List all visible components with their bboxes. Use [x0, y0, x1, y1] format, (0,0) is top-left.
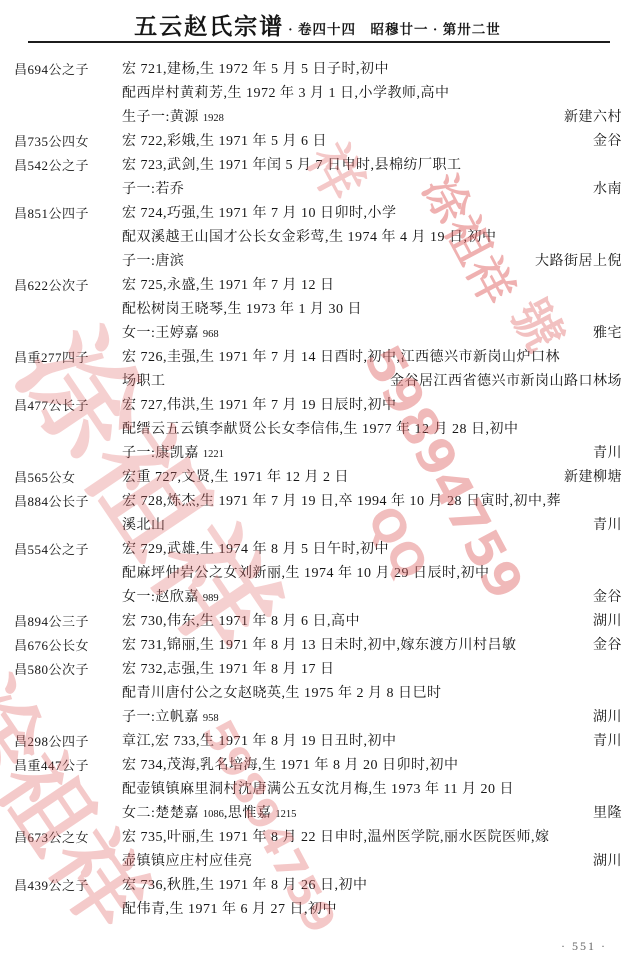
entry-lines: 宏 725,永盛,生 1971 年 7 月 12 日配松树岗王晓琴,生 1973… — [122, 274, 622, 346]
entry-line: 宏 736,秋胜,生 1971 年 8 月 26 日,初中 — [122, 874, 622, 898]
entry-text: 子一:康凯嘉 1221 — [122, 442, 585, 466]
entry-parent-label: 昌580公次子 — [14, 658, 122, 682]
residence-label: 大路街居上倪 — [535, 250, 622, 274]
genealogy-entry: 昌673公之女宏 735,叶丽,生 1971 年 8 月 22 日申时,温州医学… — [14, 826, 622, 874]
text-segment: 配西岸村黄莉芳,生 1972 年 3 月 1 日,小学教师,高中 — [122, 86, 450, 101]
text-segment: 宏 734,茂海,乳名培海,生 1971 年 8 月 20 日卯时,初中 — [122, 758, 459, 773]
text-segment: 子一:立帆嘉 — [122, 710, 203, 725]
page-header: 五云赵氏宗谱· 卷四十四 昭穆廿一 · 第卅二世 — [0, 8, 635, 41]
book-title: 五云赵氏宗谱 — [134, 14, 284, 39]
entry-text: 子一:若乔 — [122, 178, 585, 202]
entry-parent-label: 昌673公之女 — [14, 826, 122, 850]
genealogy-entry: 昌851公四子宏 724,巧强,生 1971 年 7 月 10 日卯时,小学配双… — [14, 202, 622, 274]
genealogy-entry: 昌542公之子宏 723,武剑,生 1971 年闰 5 月 7 日申时,县棉纺厂… — [14, 154, 622, 202]
entry-lines: 宏 729,武雄,生 1974 年 8 月 5 日午时,初中配麻坪仲岩公之女刘新… — [122, 538, 622, 610]
entry-line: 配松树岗王晓琴,生 1973 年 1 月 30 日 — [122, 298, 622, 322]
residence-label: 里隆 — [593, 802, 622, 826]
text-segment: 宏重 727,文贤,生 1971 年 12 月 2 日 — [122, 470, 349, 485]
entry-line: 宏 731,锦丽,生 1971 年 8 月 13 日未时,初中,嫁东渡方川村吕敏… — [122, 634, 622, 658]
entry-line: 子一:若乔水南 — [122, 178, 622, 202]
entry-parent-label: 昌477公长子 — [14, 394, 122, 418]
entry-text: 宏 726,圭强,生 1971 年 7 月 14 日酉时,初中,江西德兴市新岗山… — [122, 346, 622, 370]
entry-text: 女二:楚楚嘉 1086,思惟嘉 1215 — [122, 802, 585, 826]
entry-text: 配伟青,生 1971 年 6 月 27 日,初中 — [122, 898, 622, 922]
entry-parent-label: 昌439公之子 — [14, 874, 122, 898]
text-segment: 子一:唐滨 — [122, 254, 184, 269]
entry-line: 宏 730,伟东,生 1971 年 8 月 6 日,高中湖川 — [122, 610, 622, 634]
entry-text: 配青川唐付公之女赵晓英,生 1975 年 2 月 8 日巳时 — [122, 682, 622, 706]
entry-text: 配壶镇镇麻里洞村沈唐满公五女沈月梅,生 1973 年 11 月 20 日 — [122, 778, 622, 802]
page-number: · 551 · — [561, 939, 607, 954]
genealogy-entry: 昌884公长子宏 728,炼杰,生 1971 年 7 月 19 日,卒 1994… — [14, 490, 622, 538]
entry-line: 宏 729,武雄,生 1974 年 8 月 5 日午时,初中 — [122, 538, 622, 562]
entry-text: 宏 725,永盛,生 1971 年 7 月 12 日 — [122, 274, 622, 298]
text-segment: 配青川唐付公之女赵晓英,生 1975 年 2 月 8 日巳时 — [122, 686, 442, 701]
text-segment: 溪北山 — [122, 518, 166, 533]
entry-text: 宏 728,炼杰,生 1971 年 7 月 19 日,卒 1994 年 10 月… — [122, 490, 622, 514]
entry-text: 配麻坪仲岩公之女刘新丽,生 1974 年 10 月 29 日辰时,初中 — [122, 562, 622, 586]
residence-label: 金谷 — [593, 634, 622, 658]
entry-text: 宏 724,巧强,生 1971 年 7 月 10 日卯时,小学 — [122, 202, 622, 226]
text-segment: 宏 723,武剑,生 1971 年闰 5 月 7 日申时,县棉纺厂职工 — [122, 158, 462, 173]
text-segment: 宏 730,伟东,生 1971 年 8 月 6 日,高中 — [122, 614, 360, 629]
entry-line: 配青川唐付公之女赵晓英,生 1975 年 2 月 8 日巳时 — [122, 682, 622, 706]
genealogy-page: 五云赵氏宗谱· 卷四十四 昭穆廿一 · 第卅二世 祥涂祖祥涂祖祥59894759… — [0, 0, 635, 968]
residence-label: 湖川 — [593, 610, 622, 634]
entries-list: 昌694公之子宏 721,建杨,生 1972 年 5 月 5 日子时,初中配西岸… — [14, 58, 622, 922]
residence-label: 湖川 — [593, 706, 622, 730]
generation-number: 1086 — [203, 809, 224, 820]
entry-text: 溪北山 — [122, 514, 585, 538]
entry-line: 宏 721,建杨,生 1972 年 5 月 5 日子时,初中 — [122, 58, 622, 82]
entry-parent-label: 昌851公四子 — [14, 202, 122, 226]
entry-lines: 宏 734,茂海,乳名培海,生 1971 年 8 月 20 日卯时,初中配壶镇镇… — [122, 754, 622, 826]
text-segment: 配麻坪仲岩公之女刘新丽,生 1974 年 10 月 29 日辰时,初中 — [122, 566, 490, 581]
entry-lines: 宏 735,叶丽,生 1971 年 8 月 22 日申时,温州医学院,丽水医院医… — [122, 826, 622, 874]
text-segment: 宏 721,建杨,生 1972 年 5 月 5 日子时,初中 — [122, 62, 389, 77]
entry-parent-label: 昌298公四子 — [14, 730, 122, 754]
entry-text: 壶镇镇应庄村应佳亮 — [122, 850, 585, 874]
entry-line: 宏 727,伟洪,生 1971 年 7 月 19 日辰时,初中 — [122, 394, 622, 418]
entry-line: 宏 728,炼杰,生 1971 年 7 月 19 日,卒 1994 年 10 月… — [122, 490, 622, 514]
genealogy-entry: 昌735公四女宏 722,彩娥,生 1971 年 5 月 6 日金谷 — [14, 130, 622, 154]
entry-parent-label: 昌554公之子 — [14, 538, 122, 562]
entry-lines: 宏 736,秋胜,生 1971 年 8 月 26 日,初中配伟青,生 1971 … — [122, 874, 622, 922]
residence-label: 金谷居江西省德兴市新岗山路口林场 — [390, 370, 622, 394]
text-segment: 宏 732,志强,生 1971 年 8 月 17 日 — [122, 662, 335, 677]
residence-label: 湖川 — [593, 850, 622, 874]
text-segment: 场职工 — [122, 374, 166, 389]
entry-text: 宏 735,叶丽,生 1971 年 8 月 22 日申时,温州医学院,丽水医院医… — [122, 826, 622, 850]
entry-text: 配双溪越王山国才公长女金彩莺,生 1974 年 4 月 19 日,初中 — [122, 226, 622, 250]
entry-parent-label: 昌884公长子 — [14, 490, 122, 514]
entry-text: 宏 729,武雄,生 1974 年 8 月 5 日午时,初中 — [122, 538, 622, 562]
entry-line: 配双溪越王山国才公长女金彩莺,生 1974 年 4 月 19 日,初中 — [122, 226, 622, 250]
entry-line: 子一:立帆嘉 958湖川 — [122, 706, 622, 730]
entry-text: 子一:立帆嘉 958 — [122, 706, 585, 730]
entry-lines: 宏 721,建杨,生 1972 年 5 月 5 日子时,初中配西岸村黄莉芳,生 … — [122, 58, 622, 130]
entry-text: 宏 721,建杨,生 1972 年 5 月 5 日子时,初中 — [122, 58, 622, 82]
entry-parent-label: 昌542公之子 — [14, 154, 122, 178]
volume-subtitle: · 卷四十四 昭穆廿一 · 第卅二世 — [288, 22, 501, 37]
entry-text: 宏 730,伟东,生 1971 年 8 月 6 日,高中 — [122, 610, 585, 634]
entry-parent-label: 昌622公次子 — [14, 274, 122, 298]
entry-text: 章江,宏 733,生 1971 年 8 月 19 日丑时,初中 — [122, 730, 585, 754]
entry-lines: 宏 726,圭强,生 1971 年 7 月 14 日酉时,初中,江西德兴市新岗山… — [122, 346, 622, 394]
generation-number: 989 — [203, 593, 219, 604]
text-segment: 女一:赵欣嘉 — [122, 590, 203, 605]
entry-text: 宏 722,彩娥,生 1971 年 5 月 6 日 — [122, 130, 585, 154]
entry-line: 女一:赵欣嘉 989金谷 — [122, 586, 622, 610]
entry-line: 女二:楚楚嘉 1086,思惟嘉 1215里隆 — [122, 802, 622, 826]
genealogy-entry: 昌重447公子宏 734,茂海,乳名培海,生 1971 年 8 月 20 日卯时… — [14, 754, 622, 826]
genealogy-entry: 昌439公之子宏 736,秋胜,生 1971 年 8 月 26 日,初中配伟青,… — [14, 874, 622, 922]
entry-text: 配缙云五云镇李献贤公长女李信伟,生 1977 年 12 月 28 日,初中 — [122, 418, 622, 442]
entry-parent-label: 昌重447公子 — [14, 754, 122, 778]
entry-line: 宏 724,巧强,生 1971 年 7 月 10 日卯时,小学 — [122, 202, 622, 226]
text-segment: 宏 725,永盛,生 1971 年 7 月 12 日 — [122, 278, 335, 293]
entry-parent-label: 昌894公三子 — [14, 610, 122, 634]
genealogy-entry: 昌676公长女宏 731,锦丽,生 1971 年 8 月 13 日未时,初中,嫁… — [14, 634, 622, 658]
entry-text: 宏重 727,文贤,生 1971 年 12 月 2 日 — [122, 466, 556, 490]
text-segment: 女二:楚楚嘉 — [122, 806, 203, 821]
genealogy-entry: 昌694公之子宏 721,建杨,生 1972 年 5 月 5 日子时,初中配西岸… — [14, 58, 622, 130]
entry-line: 场职工金谷居江西省德兴市新岗山路口林场 — [122, 370, 622, 394]
residence-label: 水南 — [593, 178, 622, 202]
genealogy-entry: 昌622公次子宏 725,永盛,生 1971 年 7 月 12 日配松树岗王晓琴… — [14, 274, 622, 346]
entry-line: 宏 732,志强,生 1971 年 8 月 17 日 — [122, 658, 622, 682]
generation-number: 958 — [203, 713, 219, 724]
genealogy-entry: 昌554公之子宏 729,武雄,生 1974 年 8 月 5 日午时,初中配麻坪… — [14, 538, 622, 610]
text-segment: 宏 735,叶丽,生 1971 年 8 月 22 日申时,温州医学院,丽水医院医… — [122, 830, 550, 845]
generation-number: 968 — [203, 329, 219, 340]
entry-parent-label: 昌重277四子 — [14, 346, 122, 370]
genealogy-entry: 昌894公三子宏 730,伟东,生 1971 年 8 月 6 日,高中湖川 — [14, 610, 622, 634]
genealogy-entry: 昌重277四子宏 726,圭强,生 1971 年 7 月 14 日酉时,初中,江… — [14, 346, 622, 394]
entry-line: 配麻坪仲岩公之女刘新丽,生 1974 年 10 月 29 日辰时,初中 — [122, 562, 622, 586]
text-segment: 宏 731,锦丽,生 1971 年 8 月 13 日未时,初中,嫁东渡方川村吕敏 — [122, 638, 517, 653]
text-segment: 宏 736,秋胜,生 1971 年 8 月 26 日,初中 — [122, 878, 368, 893]
text-segment: 宏 729,武雄,生 1974 年 8 月 5 日午时,初中 — [122, 542, 389, 557]
entry-line: 宏 723,武剑,生 1971 年闰 5 月 7 日申时,县棉纺厂职工 — [122, 154, 622, 178]
genealogy-entry: 昌477公长子宏 727,伟洪,生 1971 年 7 月 19 日辰时,初中配缙… — [14, 394, 622, 466]
entry-lines: 宏 727,伟洪,生 1971 年 7 月 19 日辰时,初中配缙云五云镇李献贤… — [122, 394, 622, 466]
entry-parent-label: 昌565公女 — [14, 466, 122, 490]
residence-label: 新建六村 — [564, 106, 622, 130]
genealogy-entry: 昌580公次子宏 732,志强,生 1971 年 8 月 17 日配青川唐付公之… — [14, 658, 622, 730]
generation-number: 1928 — [203, 113, 224, 124]
text-segment: 宏 728,炼杰,生 1971 年 7 月 19 日,卒 1994 年 10 月… — [122, 494, 561, 509]
text-segment: 配伟青,生 1971 年 6 月 27 日,初中 — [122, 902, 337, 917]
entry-text: 宏 727,伟洪,生 1971 年 7 月 19 日辰时,初中 — [122, 394, 622, 418]
genealogy-entry: 昌565公女宏重 727,文贤,生 1971 年 12 月 2 日新建柳塘 — [14, 466, 622, 490]
text-segment: 宏 727,伟洪,生 1971 年 7 月 19 日辰时,初中 — [122, 398, 397, 413]
residence-label: 金谷 — [593, 130, 622, 154]
text-segment: 生子一:黄源 — [122, 110, 203, 125]
entry-line: 生子一:黄源 1928新建六村 — [122, 106, 622, 130]
residence-label: 青川 — [593, 514, 622, 538]
entry-line: 配西岸村黄莉芳,生 1972 年 3 月 1 日,小学教师,高中 — [122, 82, 622, 106]
entry-text: 配西岸村黄莉芳,生 1972 年 3 月 1 日,小学教师,高中 — [122, 82, 622, 106]
entry-lines: 宏 723,武剑,生 1971 年闰 5 月 7 日申时,县棉纺厂职工子一:若乔… — [122, 154, 622, 202]
entry-line: 配缙云五云镇李献贤公长女李信伟,生 1977 年 12 月 28 日,初中 — [122, 418, 622, 442]
text-segment: 子一:若乔 — [122, 182, 184, 197]
text-segment: 子一:康凯嘉 — [122, 446, 203, 461]
entry-line: 子一:康凯嘉 1221青川 — [122, 442, 622, 466]
entry-line: 宏 722,彩娥,生 1971 年 5 月 6 日金谷 — [122, 130, 622, 154]
entry-line: 宏 735,叶丽,生 1971 年 8 月 22 日申时,温州医学院,丽水医院医… — [122, 826, 622, 850]
entry-text: 配松树岗王晓琴,生 1973 年 1 月 30 日 — [122, 298, 622, 322]
entry-text: 女一:赵欣嘉 989 — [122, 586, 585, 610]
text-segment: 宏 726,圭强,生 1971 年 7 月 14 日酉时,初中,江西德兴市新岗山… — [122, 350, 560, 365]
entry-parent-label: 昌676公长女 — [14, 634, 122, 658]
entry-line: 配壶镇镇麻里洞村沈唐满公五女沈月梅,生 1973 年 11 月 20 日 — [122, 778, 622, 802]
entry-text: 子一:唐滨 — [122, 250, 527, 274]
entry-lines: 宏 731,锦丽,生 1971 年 8 月 13 日未时,初中,嫁东渡方川村吕敏… — [122, 634, 622, 658]
text-segment: 壶镇镇应庄村应佳亮 — [122, 854, 253, 869]
header-divider — [28, 41, 610, 43]
entry-lines: 宏重 727,文贤,生 1971 年 12 月 2 日新建柳塘 — [122, 466, 622, 490]
entry-lines: 宏 732,志强,生 1971 年 8 月 17 日配青川唐付公之女赵晓英,生 … — [122, 658, 622, 730]
residence-label: 青川 — [593, 442, 622, 466]
text-segment: 章江,宏 733,生 1971 年 8 月 19 日丑时,初中 — [122, 734, 397, 749]
entry-parent-label: 昌694公之子 — [14, 58, 122, 82]
residence-label: 金谷 — [593, 586, 622, 610]
entry-lines: 宏 724,巧强,生 1971 年 7 月 10 日卯时,小学配双溪越王山国才公… — [122, 202, 622, 274]
generation-number: 1221 — [203, 449, 224, 460]
entry-lines: 宏 730,伟东,生 1971 年 8 月 6 日,高中湖川 — [122, 610, 622, 634]
entry-text: 场职工 — [122, 370, 382, 394]
residence-label: 新建柳塘 — [564, 466, 622, 490]
entry-line: 宏 734,茂海,乳名培海,生 1971 年 8 月 20 日卯时,初中 — [122, 754, 622, 778]
entry-lines: 宏 722,彩娥,生 1971 年 5 月 6 日金谷 — [122, 130, 622, 154]
entry-text: 宏 736,秋胜,生 1971 年 8 月 26 日,初中 — [122, 874, 622, 898]
entry-text: 生子一:黄源 1928 — [122, 106, 556, 130]
entry-parent-label: 昌735公四女 — [14, 130, 122, 154]
entry-line: 女一:王婷嘉 968雅宅 — [122, 322, 622, 346]
entry-text: 女一:王婷嘉 968 — [122, 322, 585, 346]
text-segment: 配双溪越王山国才公长女金彩莺,生 1974 年 4 月 19 日,初中 — [122, 230, 497, 245]
residence-label: 雅宅 — [593, 322, 622, 346]
text-segment: 配缙云五云镇李献贤公长女李信伟,生 1977 年 12 月 28 日,初中 — [122, 422, 519, 437]
text-segment: 配松树岗王晓琴,生 1973 年 1 月 30 日 — [122, 302, 362, 317]
entry-text: 宏 734,茂海,乳名培海,生 1971 年 8 月 20 日卯时,初中 — [122, 754, 622, 778]
entry-lines: 章江,宏 733,生 1971 年 8 月 19 日丑时,初中青川 — [122, 730, 622, 754]
entry-text: 宏 723,武剑,生 1971 年闰 5 月 7 日申时,县棉纺厂职工 — [122, 154, 622, 178]
entry-line: 宏 725,永盛,生 1971 年 7 月 12 日 — [122, 274, 622, 298]
text-segment: ,思惟嘉 — [224, 806, 276, 821]
genealogy-entry: 昌298公四子章江,宏 733,生 1971 年 8 月 19 日丑时,初中青川 — [14, 730, 622, 754]
entry-text: 宏 731,锦丽,生 1971 年 8 月 13 日未时,初中,嫁东渡方川村吕敏 — [122, 634, 585, 658]
generation-number: 1215 — [275, 809, 296, 820]
text-segment: 配壶镇镇麻里洞村沈唐满公五女沈月梅,生 1973 年 11 月 20 日 — [122, 782, 514, 797]
entry-text: 宏 732,志强,生 1971 年 8 月 17 日 — [122, 658, 622, 682]
entry-lines: 宏 728,炼杰,生 1971 年 7 月 19 日,卒 1994 年 10 月… — [122, 490, 622, 538]
text-segment: 宏 724,巧强,生 1971 年 7 月 10 日卯时,小学 — [122, 206, 397, 221]
entry-line: 配伟青,生 1971 年 6 月 27 日,初中 — [122, 898, 622, 922]
text-segment: 女一:王婷嘉 — [122, 326, 203, 341]
entry-line: 宏重 727,文贤,生 1971 年 12 月 2 日新建柳塘 — [122, 466, 622, 490]
entry-line: 溪北山青川 — [122, 514, 622, 538]
entry-line: 章江,宏 733,生 1971 年 8 月 19 日丑时,初中青川 — [122, 730, 622, 754]
entry-line: 子一:唐滨大路街居上倪 — [122, 250, 622, 274]
residence-label: 青川 — [593, 730, 622, 754]
entry-line: 宏 726,圭强,生 1971 年 7 月 14 日酉时,初中,江西德兴市新岗山… — [122, 346, 622, 370]
text-segment: 宏 722,彩娥,生 1971 年 5 月 6 日 — [122, 134, 327, 149]
entry-line: 壶镇镇应庄村应佳亮湖川 — [122, 850, 622, 874]
